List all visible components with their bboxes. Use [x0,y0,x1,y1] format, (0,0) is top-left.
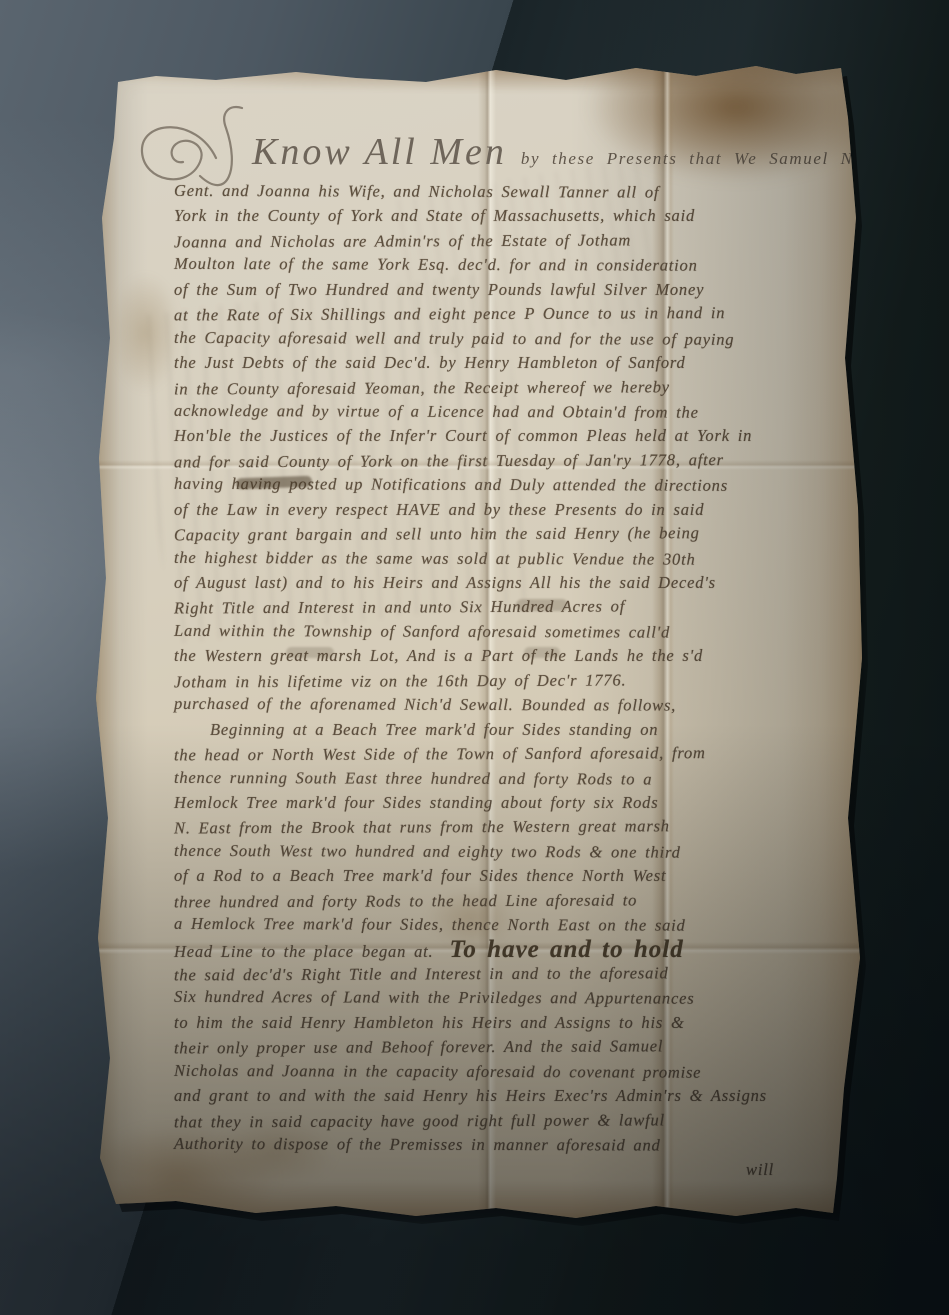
photo-background: Know All Men by these Presents that We S… [0,0,949,1315]
manuscript-line: thence South West two hundred and eighty… [174,839,832,866]
manuscript-line: thence running South East three hundred … [174,765,832,792]
manuscript-line: the highest bidder as the same was sold … [174,545,832,572]
catchword: will [174,1158,832,1182]
manuscript-line: York in the County of York and State of … [174,204,832,228]
manuscript-line: Right Title and Interest in and unto Six… [174,594,832,621]
manuscript-line: and for said County of York on the first… [174,447,832,474]
opening-words: Know All Men [252,131,507,173]
manuscript-line: and grant to and with the said Henry his… [174,1084,832,1108]
manuscript-body: Gent. and Joanna his Wife, and Nicholas … [174,180,832,1182]
manuscript-line: to him the said Henry Hambleton his Heir… [174,1011,832,1035]
manuscript-line: purchased of the aforenamed Nich'd Sewal… [174,692,832,719]
manuscript-line: Land within the Township of Sanford afor… [174,619,832,646]
manuscript-line: Jotham in his lifetime viz on the 16th D… [174,667,832,694]
manuscript-line: of the Law in every respect HAVE and by … [174,498,832,522]
manuscript-line: a Hemlock Tree mark'd four Sides, thence… [174,912,832,939]
manuscript-line: Six hundred Acres of Land with the Privi… [174,985,832,1012]
manuscript-line: Beginning at a Beach Tree mark'd four Si… [174,718,832,742]
manuscript-line: their only proper use and Behoof forever… [174,1034,832,1061]
manuscript-line: of the Sum of Two Hundred and twenty Pou… [174,278,832,302]
manuscript-line: Gent. and Joanna his Wife, and Nicholas … [174,179,832,206]
manuscript-line: three hundred and forty Rods to the head… [174,887,832,914]
ink-blot [286,647,334,658]
manuscript-line: Authority to dispose of the Premisses in… [174,1132,832,1159]
manuscript-line: N. East from the Brook that runs from th… [174,814,832,841]
opening-line: Know All Men by these Presents that We S… [130,98,852,190]
edge-stain [96,58,862,98]
manuscript-line: Hon'ble the Justices of the Infer'r Cour… [174,424,832,448]
paper-stain [110,273,180,393]
manuscript-line: acknowledge and by virtue of a Licence h… [174,399,832,426]
ink-blot [524,647,560,658]
habendum-large-script: To have and to hold [449,936,683,963]
manuscript-line: at the Rate of Six Shillings and eight p… [174,301,832,328]
manuscript-line-habendum: Head Line to the place began at.To have … [174,938,832,962]
manuscript-line: the Just Debts of the said Dec'd. by Hen… [174,351,832,375]
edge-stain [96,58,148,1218]
manuscript-line: Joanna and Nicholas are Admin'rs of the … [174,227,832,254]
opening-flourish [130,98,248,190]
manuscript-line: that they in said capacity have good rig… [174,1107,832,1134]
manuscript-line: the head or North West Side of the Town … [174,741,832,768]
manuscript-line: the Western great marsh Lot, And is a Pa… [174,644,832,668]
document-paper: Know All Men by these Presents that We S… [96,58,862,1218]
manuscript-line: of a Rod to a Beach Tree mark'd four Sid… [174,864,832,888]
manuscript-line: Capacity grant bargain and sell unto him… [174,521,832,548]
manuscript-line: Hemlock Tree mark'd four Sides standing … [174,791,832,815]
manuscript-line: Nicholas and Joanna in the capacity afor… [174,1059,832,1086]
ink-blot [516,599,568,611]
opening-continuation: by these Presents that We Samuel Nasson [521,149,901,168]
manuscript-line: of August last) and to his Heirs and Ass… [174,571,832,595]
manuscript-line: the Capacity aforesaid well and truly pa… [174,325,832,352]
manuscript-line: Moulton late of the same York Esq. dec'd… [174,252,832,279]
habendum-pre: Head Line to the place began at. [174,942,433,961]
manuscript-line: in the County aforesaid Yeoman, the Rece… [174,374,832,401]
manuscript-line: the said dec'd's Right Title and Interes… [174,961,832,988]
